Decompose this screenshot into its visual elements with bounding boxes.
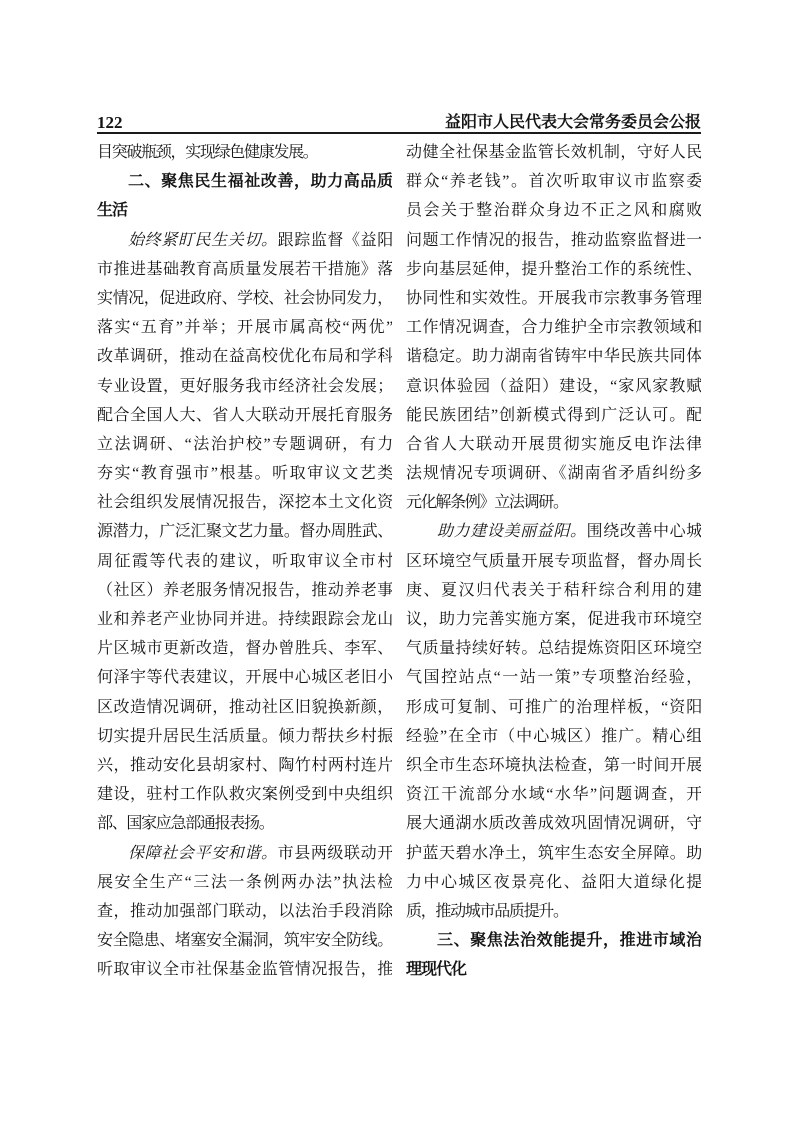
text-line: 员会关于整治群众身边不正之风和腐败 (406, 196, 701, 225)
text-line: 落实“五育”并举；开展市属高校“两优” (97, 313, 392, 342)
text-line: 周征霞等代表的建议，听取审议全市村 (97, 547, 392, 576)
text-line: 社会组织发展情况报告，深挖本土文化资 (97, 488, 392, 517)
text-line: 切实提升居民生活质量。倾力帮扶乡村振 (97, 722, 392, 751)
text-line: 护蓝天碧水净土，筑牢生态安全屏障。助 (406, 839, 701, 868)
text-line: 立法调研、“法治护校”专题调研，有力 (97, 430, 392, 459)
paragraph-lead: 助力建设美丽益阳。 (437, 523, 587, 540)
header-rule (97, 132, 701, 134)
section-heading-line: 生活 (97, 196, 392, 225)
text-line: 夯实“教育强市”根基。听取审议文艺类 (97, 459, 392, 488)
page-number: 122 (97, 113, 123, 133)
text-line: 问题工作情况的报告，推动监察监督进一 (406, 226, 701, 255)
paragraph-lead: 始终紧盯民生关切。 (128, 232, 278, 249)
page-header: 122 益阳市人民代表大会常务委员会公报 (97, 111, 701, 133)
section-heading-line: 三、聚焦法治效能提升，推进市域治 (406, 926, 701, 955)
text-line: 合省人大联动开展贯彻实施反电诈法律 (406, 430, 701, 459)
text-line: 协同性和实效性。开展我市宗教事务管理 (406, 284, 701, 313)
text-line: 目突破瓶颈，实现绿色健康发展。 (97, 138, 392, 167)
text-line: （社区）养老服务情况报告，推动养老事 (97, 576, 392, 605)
text-line: 区环境空气质量开展专项监督，督办周长 (406, 547, 701, 576)
left-column: 目突破瓶颈，实现绿色健康发展。二、聚焦民生福祉改善，助力高品质生活始终紧盯民生关… (97, 138, 392, 984)
text-line: 资江干流部分水域“水华”问题调查，开 (406, 780, 701, 809)
text-line: 何泽宇等代表建议，开展中心城区老旧小 (97, 663, 392, 692)
text-line: 专业设置，更好服务我市经济社会发展； (97, 372, 392, 401)
text-line: 议，助力完善实施方案，促进我市环境空 (406, 605, 701, 634)
text-line: 群众“养老钱”。首次听取审议市监察委 (406, 167, 701, 196)
text-line: 业和养老产业协同并进。持续跟踪会龙山 (97, 605, 392, 634)
document-page: 122 益阳市人民代表大会常务委员会公报 目突破瓶颈，实现绿色健康发展。二、聚焦… (0, 0, 794, 1122)
text-line: 气质量持续好转。总结提炼资阳区环境空 (406, 634, 701, 663)
text-line: 质，推动城市品质提升。 (406, 897, 701, 926)
text-line: 力中心城区夜景亮化、益阳大道绿化提 (406, 868, 701, 897)
text-line: 听取审议全市社保基金监管情况报告，推 (97, 955, 392, 984)
text-line: 能民族团结”创新模式得到广泛认可。配 (406, 401, 701, 430)
text-line: 庚、夏汉归代表关于秸秆综合利用的建 (406, 576, 701, 605)
header-title: 益阳市人民代表大会常务委员会公报 (445, 113, 701, 133)
text-line: 步向基层延伸，提升整治工作的系统性、 (406, 255, 701, 284)
text-line: 兴，推动安化县胡家村、陶竹村两村连片 (97, 751, 392, 780)
text-line: 区改造情况调研，推动社区旧貌换新颜， (97, 693, 392, 722)
text-line: 片区城市更新改造，督办曾胜兵、李军、 (97, 634, 392, 663)
text-line: 查，推动加强部门联动，以法治手段消除 (97, 897, 392, 926)
text-line: 意识体验园（益阳）建设，“家风家教赋 (406, 372, 701, 401)
text-line: 形成可复制、可推广的治理样板，“资阳 (406, 693, 701, 722)
text-line: 展大通湖水质改善成效巩固情况调研，守 (406, 809, 701, 838)
text-line: 工作情况调查，合力维护全市宗教领域和 (406, 313, 701, 342)
section-heading-line: 二、聚焦民生福祉改善，助力高品质 (97, 167, 392, 196)
text-line: 部、国家应急部通报表扬。 (97, 809, 392, 838)
text-line: 实情况，促进政府、学校、社会协同发力， (97, 284, 392, 313)
text-line: 市推进基础教育高质量发展若干措施》落 (97, 255, 392, 284)
right-column: 动健全社保基金监管长效机制，守好人民群众“养老钱”。首次听取审议市监察委员会关于… (406, 138, 701, 984)
text-line: 法规情况专项调研、《湖南省矛盾纠纷多 (406, 459, 701, 488)
paragraph-lead: 保障社会平安和谐。 (128, 845, 278, 862)
text-line: 元化解条例》立法调研。 (406, 488, 701, 517)
text-line: 展安全生产“三法一条例两办法”执法检 (97, 868, 392, 897)
text-line: 动健全社保基金监管长效机制，守好人民 (406, 138, 701, 167)
text-line: 保障社会平安和谐。市县两级联动开 (97, 839, 392, 868)
section-heading-line: 理现代化 (406, 955, 701, 984)
text-line: 安全隐患、堵塞安全漏洞，筑牢安全防线。 (97, 926, 392, 955)
text-line: 建设，驻村工作队救灾案例受到中央组织 (97, 780, 392, 809)
text-line: 助力建设美丽益阳。围绕改善中心城 (406, 517, 701, 546)
text-line: 改革调研，推动在益高校优化布局和学科 (97, 342, 392, 371)
text-line: 谐稳定。助力湖南省铸牢中华民族共同体 (406, 342, 701, 371)
text-line: 经验”在全市（中心城区）推广。精心组 (406, 722, 701, 751)
text-line: 始终紧盯民生关切。跟踪监督《益阳 (97, 226, 392, 255)
text-line: 配合全国人大、省人大联动开展托育服务 (97, 401, 392, 430)
text-line: 气国控站点“一站一策”专项整治经验， (406, 663, 701, 692)
text-line: 源潜力，广泛汇聚文艺力量。督办周胜武、 (97, 517, 392, 546)
text-line: 织全市生态环境执法检查，第一时间开展 (406, 751, 701, 780)
